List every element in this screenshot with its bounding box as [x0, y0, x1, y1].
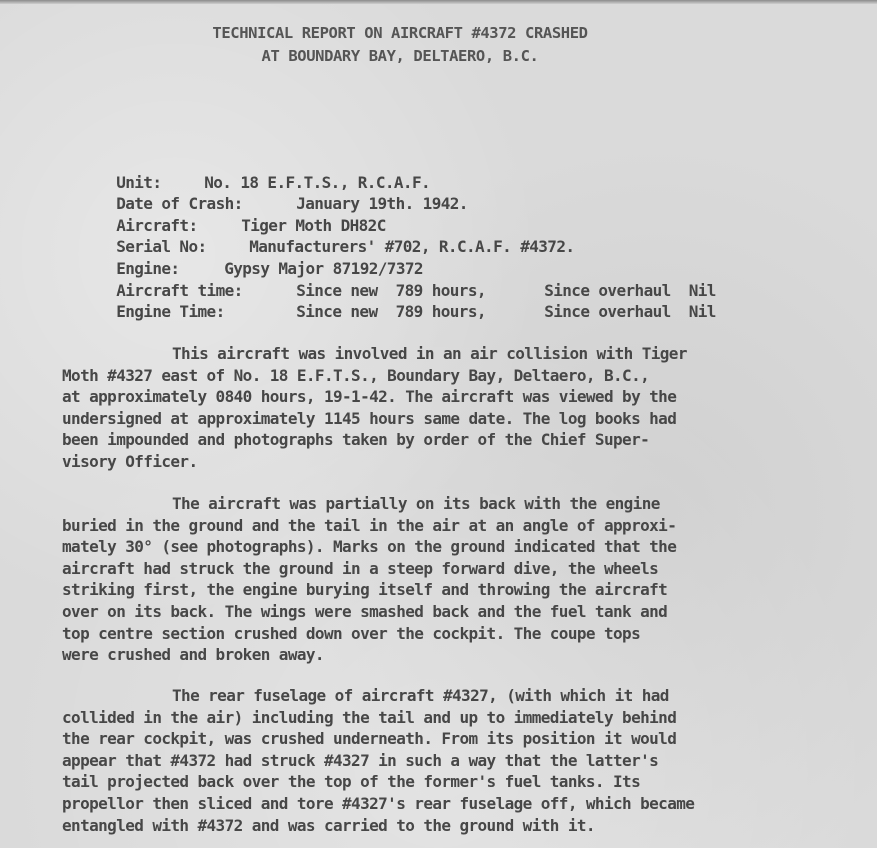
paragraph-line: aircraft had struck the ground in a stee…: [62, 558, 676, 580]
paragraph-line: were crushed and broken away.: [62, 644, 676, 666]
paragraph-line: The aircraft was partially on its back w…: [62, 493, 676, 515]
paragraph-line: visory Officer.: [62, 451, 687, 473]
paragraph-collision-summary: This aircraft was involved in an air col…: [62, 343, 687, 473]
paragraph-line: This aircraft was involved in an air col…: [62, 343, 687, 365]
since-new-value: Since new 789 hours,: [296, 301, 544, 323]
since-overhaul-value: Since overhaul Nil: [544, 301, 716, 323]
paragraph-rear-fuselage: The rear fuselage of aircraft #4327, (wi…: [62, 685, 694, 836]
since-overhaul-value: Since overhaul Nil: [544, 280, 716, 302]
paragraph-line: over on its back. The wings were smashed…: [62, 601, 676, 623]
paragraph-wreck-position: The aircraft was partially on its back w…: [62, 493, 676, 666]
field-label: Engine Time:: [116, 301, 296, 323]
paragraph-line: been impounded and photographs taken by …: [62, 429, 687, 451]
report-title-line-1: TECHNICAL REPORT ON AIRCRAFT #4372 CRASH…: [0, 22, 800, 45]
paragraph-line: collided in the air) including the tail …: [62, 707, 694, 729]
document-page: TECHNICAL REPORT ON AIRCRAFT #4372 CRASH…: [0, 0, 877, 848]
paragraph-line: The rear fuselage of aircraft #4327, (wi…: [62, 685, 694, 707]
field-value: Tiger Moth DH82C: [241, 215, 386, 237]
field-label: Engine:: [116, 258, 224, 280]
paragraph-line: top centre section crushed down over the…: [62, 623, 676, 645]
paragraph-line: the rear cockpit, was crushed underneath…: [62, 728, 694, 750]
field-value: Gypsy Major 87192/7372: [224, 258, 423, 280]
field-value: January 19th. 1942.: [296, 193, 468, 215]
report-title-line-2: AT BOUNDARY BAY, DELTAERO, B.C.: [0, 45, 800, 68]
report-fields: Unit:No. 18 E.F.T.S., R.C.A.F. Date of C…: [62, 150, 716, 301]
paragraph-line: entangled with #4372 and was carried to …: [62, 815, 694, 837]
field-unit: Unit:No. 18 E.F.T.S., R.C.A.F.: [62, 150, 716, 172]
paragraph-line: mately 30° (see photographs). Marks on t…: [62, 536, 676, 558]
field-value: No. 18 E.F.T.S., R.C.A.F.: [204, 172, 430, 194]
paragraph-line: propellor then sliced and tore #4327's r…: [62, 793, 694, 815]
field-label: Date of Crash:: [116, 193, 296, 215]
report-title: TECHNICAL REPORT ON AIRCRAFT #4372 CRASH…: [0, 22, 800, 68]
field-label: Aircraft:: [116, 215, 241, 237]
paragraph-line: buried in the ground and the tail in the…: [62, 515, 676, 537]
paragraph-line: Moth #4327 east of No. 18 E.F.T.S., Boun…: [62, 365, 687, 387]
field-value: Manufacturers' #702, R.C.A.F. #4372.: [249, 236, 574, 258]
paragraph-line: at approximately 0840 hours, 19-1-42. Th…: [62, 386, 687, 408]
field-label: Unit:: [116, 172, 204, 194]
paragraph-line: tail projected back over the top of the …: [62, 771, 694, 793]
since-new-value: Since new 789 hours,: [296, 280, 544, 302]
paragraph-line: undersigned at approximately 1145 hours …: [62, 408, 687, 430]
paragraph-line: striking first, the engine burying itsel…: [62, 579, 676, 601]
field-label: Aircraft time:: [116, 280, 296, 302]
paragraph-line: appear that #4372 had struck #4327 in su…: [62, 750, 694, 772]
field-label: Serial No:: [116, 236, 249, 258]
